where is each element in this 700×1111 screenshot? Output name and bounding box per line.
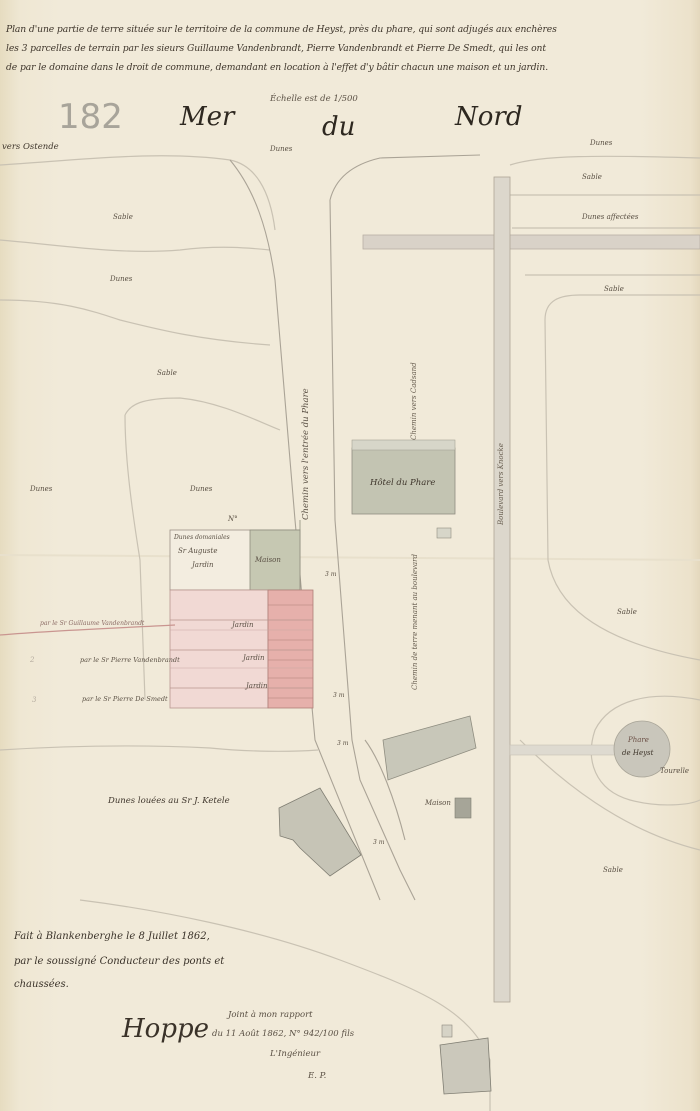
label-chemin-phare: Chemin vers l'entrée du Phare (302, 388, 311, 520)
reference-line-1: Joint à mon rapport (228, 1011, 313, 1020)
shed-bottom (442, 1025, 452, 1037)
label-chemin-cadsand: Chemin vers Cadsand (411, 362, 418, 440)
building-bottom (440, 1038, 491, 1094)
sea-word-1: Mer (180, 104, 234, 130)
plot-row-2-number: 3 (32, 697, 36, 704)
dimension-3: 3 m (337, 741, 348, 747)
label-phare: Phare (628, 737, 649, 744)
title-line-3: de par le domaine dans le droit de commu… (6, 62, 548, 73)
map-sheet: Plan d'une partie de terre située sur le… (0, 0, 700, 1111)
plot-row-1-number: 2 (30, 657, 34, 664)
plot-top-owner: Dunes domaniales (174, 535, 230, 541)
sea-word-3: Nord (455, 104, 522, 130)
archive-number: 182 (58, 100, 123, 134)
plot-top-owner-2: Sr Auguste (178, 548, 217, 555)
label-tourelle: Tourelle (660, 768, 689, 775)
plot-row-3-owner: par le Sr Pierre De Smedt (82, 696, 168, 703)
label-dunes-louees: Dunes louées au Sr J. Ketele (108, 797, 230, 806)
title-line-2: les 3 parcelles de terrain par les sieur… (6, 43, 546, 54)
plot-top-garden: Jardin (192, 562, 214, 569)
label-sable-left-1: Sable (113, 214, 133, 221)
building-dunes-ketele (279, 788, 361, 876)
label-de-heyst: de Heyst (622, 750, 653, 757)
label-vers-ostende: vers Ostende (2, 143, 59, 152)
label-numero: N° (228, 516, 238, 523)
dimension-1: 3 m (325, 572, 336, 578)
plot-row-1-owner: par le Sr Guillaume Vandenbrandt (40, 621, 144, 627)
label-sable-right-3: Sable (603, 867, 623, 874)
label-sable-top-right: Sable (582, 174, 602, 181)
hotel-annex (352, 440, 455, 450)
building-center (383, 716, 476, 780)
label-dunes-top-right: Dunes (590, 140, 612, 147)
road-boulevard (494, 177, 510, 1002)
label-dunes-far-left: Dunes (30, 486, 52, 493)
fold-line (0, 555, 700, 560)
sea-word-2: du (322, 114, 355, 140)
footer-made-at: Fait à Blankenberghe le 8 Juillet 1862, (14, 932, 210, 942)
reference-line-2: du 11 Août 1862, N° 942/100 fils (212, 1030, 354, 1039)
road-chemin-phare (230, 155, 480, 900)
title-line-1: Plan d'une partie de terre située sur le… (6, 24, 557, 35)
scale-label: Échelle est de 1/500 (270, 95, 358, 104)
reference-line-3: L'Ingénieur (270, 1050, 320, 1059)
signature: Hoppe (122, 1016, 209, 1042)
footer-by: par le soussigné Conducteur des ponts et (14, 957, 224, 967)
small-shed (437, 528, 451, 538)
label-dunes-left: Dunes (110, 276, 132, 283)
footer-by-2: chaussées. (14, 980, 69, 990)
label-sable-right-2: Sable (617, 609, 637, 616)
label-dunes-top: Dunes (270, 146, 292, 153)
label-boulevard: Boulevard vers Knocke (498, 443, 505, 525)
label-chemin-de-terre: Chemin de terre menant au boulevard (412, 554, 419, 690)
building-small (455, 798, 471, 818)
label-maison: Maison (425, 800, 451, 807)
road-spur-lighthouse (510, 745, 620, 755)
label-sable-right-1: Sable (604, 286, 624, 293)
label-dunes-center-left: Dunes (190, 486, 212, 493)
label-sable-left-2: Sable (157, 370, 177, 377)
reference-line-4: E. P. (308, 1072, 326, 1081)
road-horizontal (363, 235, 700, 249)
map-drawing (0, 0, 700, 1111)
plot-row-2-owner: par le Sr Pierre Vandenbrandt (80, 657, 180, 664)
plot-row-2-garden: Jardin (243, 655, 265, 662)
label-dunes-affectees: Dunes affectées (582, 214, 638, 221)
label-hotel-du-phare: Hôtel du Phare (370, 479, 435, 488)
dimension-2: 3 m (333, 693, 344, 699)
dimension-4: 3 m (373, 840, 384, 846)
plot-row-1-garden: Jardin (232, 622, 254, 629)
plot-row-3-garden: Jardin (246, 683, 268, 690)
plot-maison: Maison (255, 557, 281, 564)
